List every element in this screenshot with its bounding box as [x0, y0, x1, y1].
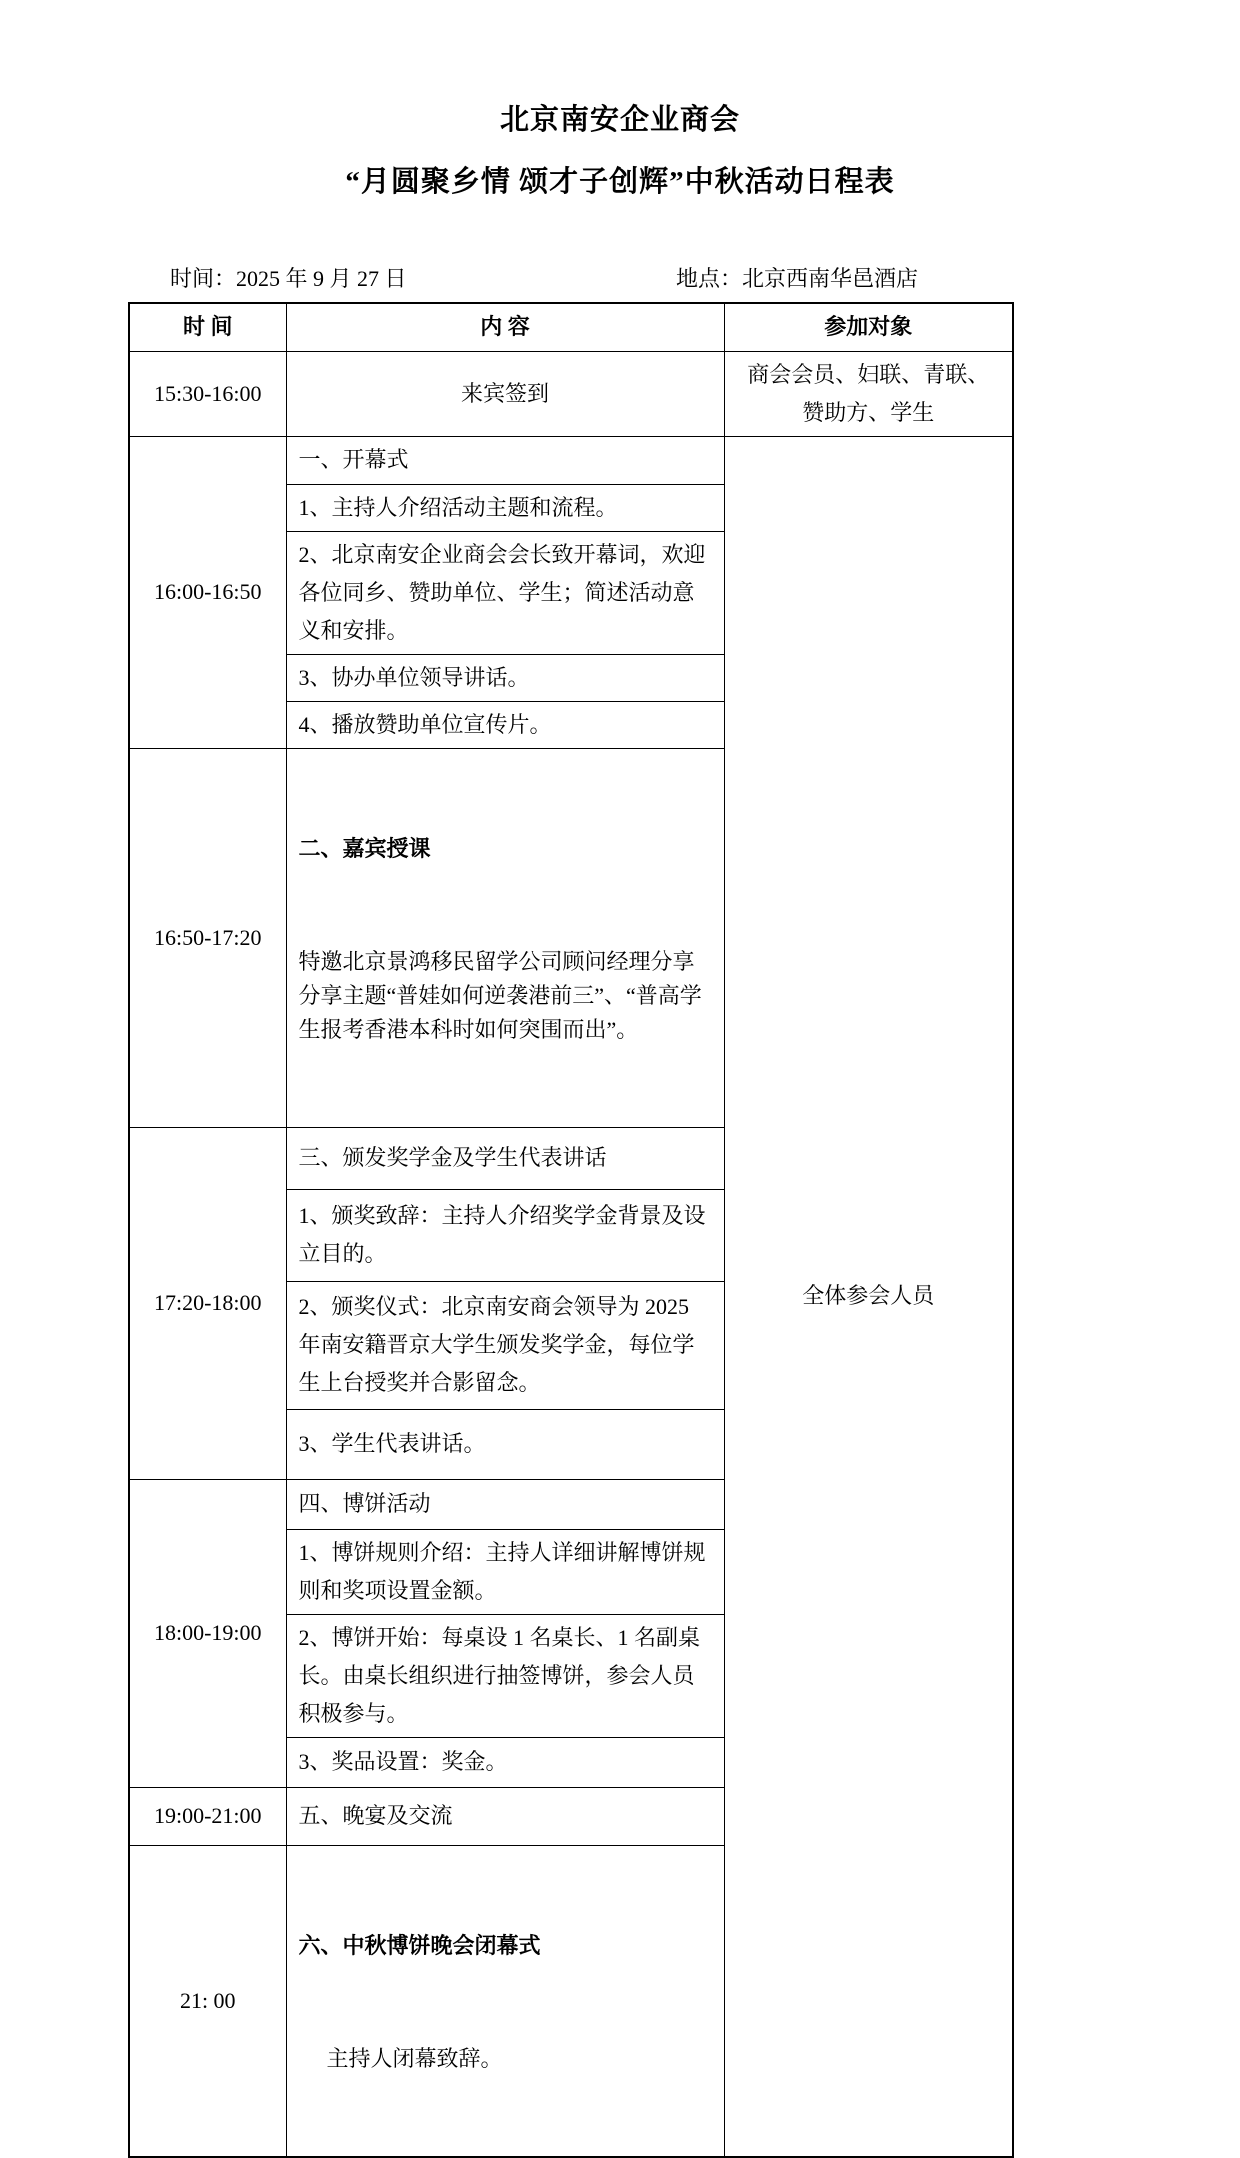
- section-body: 特邀北京景鸿移民留学公司顾问经理分享分享主题“普娃如何逆袭港前三”、“普高学生报…: [299, 945, 712, 1047]
- page-subtitle: “月圆聚乡情 颂才子创辉”中秋活动日程表: [0, 164, 1240, 200]
- table-row: 16:00-16:50 一、开幕式 全体参会人员: [129, 436, 1013, 484]
- section-heading: 一、开幕式: [286, 436, 724, 484]
- merged-participants-cell: 全体参会人员: [724, 436, 1013, 2157]
- section-heading: 五、晚宴及交流: [286, 1787, 724, 1845]
- header-participants-cell: 参加对象: [724, 303, 1013, 351]
- section-item: 3、学生代表讲话。: [286, 1409, 724, 1479]
- meta-location: 地点：北京西南华邑酒店: [676, 262, 918, 293]
- section-item: 3、协办单位领导讲话。: [286, 654, 724, 701]
- time-cell: 21: 00: [129, 1845, 286, 2157]
- page-title: 北京南安企业商会: [0, 102, 1240, 138]
- header-content-cell: 内 容: [286, 303, 724, 351]
- time-cell: 16:50-17:20: [129, 748, 286, 1127]
- time-cell: 19:00-21:00: [129, 1787, 286, 1845]
- section-body: 主持人闭幕致辞。: [299, 2042, 712, 2076]
- header-time-cell: 时 间: [129, 303, 286, 351]
- time-cell: 17:20-18:00: [129, 1127, 286, 1479]
- meta-date: 时间：2025 年 9 月 27 日: [170, 262, 407, 293]
- document-page: 北京南安企业商会 “月圆聚乡情 颂才子创辉”中秋活动日程表 时间：2025 年 …: [0, 0, 1240, 2158]
- table-header-row: 时 间 内 容 参加对象: [129, 303, 1013, 351]
- section-heading: 三、颁发奖学金及学生代表讲话: [286, 1127, 724, 1189]
- section-item: 1、博饼规则介绍：主持人详细讲解博饼规则和奖项设置金额。: [286, 1529, 724, 1614]
- table-row-signin: 15:30-16:00 来宾签到 商会会员、妇联、青联、赞助方、学生: [129, 351, 1013, 436]
- section-item: 1、颁奖致辞：主持人介绍奖学金背景及设立目的。: [286, 1189, 724, 1281]
- section-item: 4、播放赞助单位宣传片。: [286, 701, 724, 748]
- section-heading: 四、博饼活动: [286, 1479, 724, 1529]
- section-item: 3、奖品设置：奖金。: [286, 1737, 724, 1787]
- meta-line: 时间：2025 年 9 月 27 日 地点：北京西南华邑酒店: [128, 262, 1012, 296]
- participants-cell: 商会会员、妇联、青联、赞助方、学生: [724, 351, 1013, 436]
- section-heading: 六、中秋博饼晚会闭幕式: [299, 1926, 712, 1966]
- time-cell: 15:30-16:00: [129, 351, 286, 436]
- section-item: 2、颁奖仪式：北京南安商会领导为 2025 年南安籍晋京大学生颁发奖学金，每位学…: [286, 1281, 724, 1409]
- content-cell: 来宾签到: [286, 351, 724, 436]
- schedule-table: 时 间 内 容 参加对象 15:30-16:00 来宾签到 商会会员、妇联、青联…: [128, 302, 1014, 2158]
- section-item: 2、北京南安企业商会会长致开幕词，欢迎各位同乡、赞助单位、学生；简述活动意义和安…: [286, 531, 724, 654]
- section-heading: 二、嘉宾授课: [299, 829, 712, 869]
- content-cell: 二、嘉宾授课 特邀北京景鸿移民留学公司顾问经理分享分享主题“普娃如何逆袭港前三”…: [286, 748, 724, 1127]
- time-cell: 16:00-16:50: [129, 436, 286, 748]
- section-item: 1、主持人介绍活动主题和流程。: [286, 484, 724, 531]
- content-cell: 六、中秋博饼晚会闭幕式 主持人闭幕致辞。: [286, 1845, 724, 2157]
- time-cell: 18:00-19:00: [129, 1479, 286, 1787]
- section-item: 2、博饼开始：每桌设 1 名桌长、1 名副桌长。由桌长组织进行抽签博饼，参会人员…: [286, 1614, 724, 1737]
